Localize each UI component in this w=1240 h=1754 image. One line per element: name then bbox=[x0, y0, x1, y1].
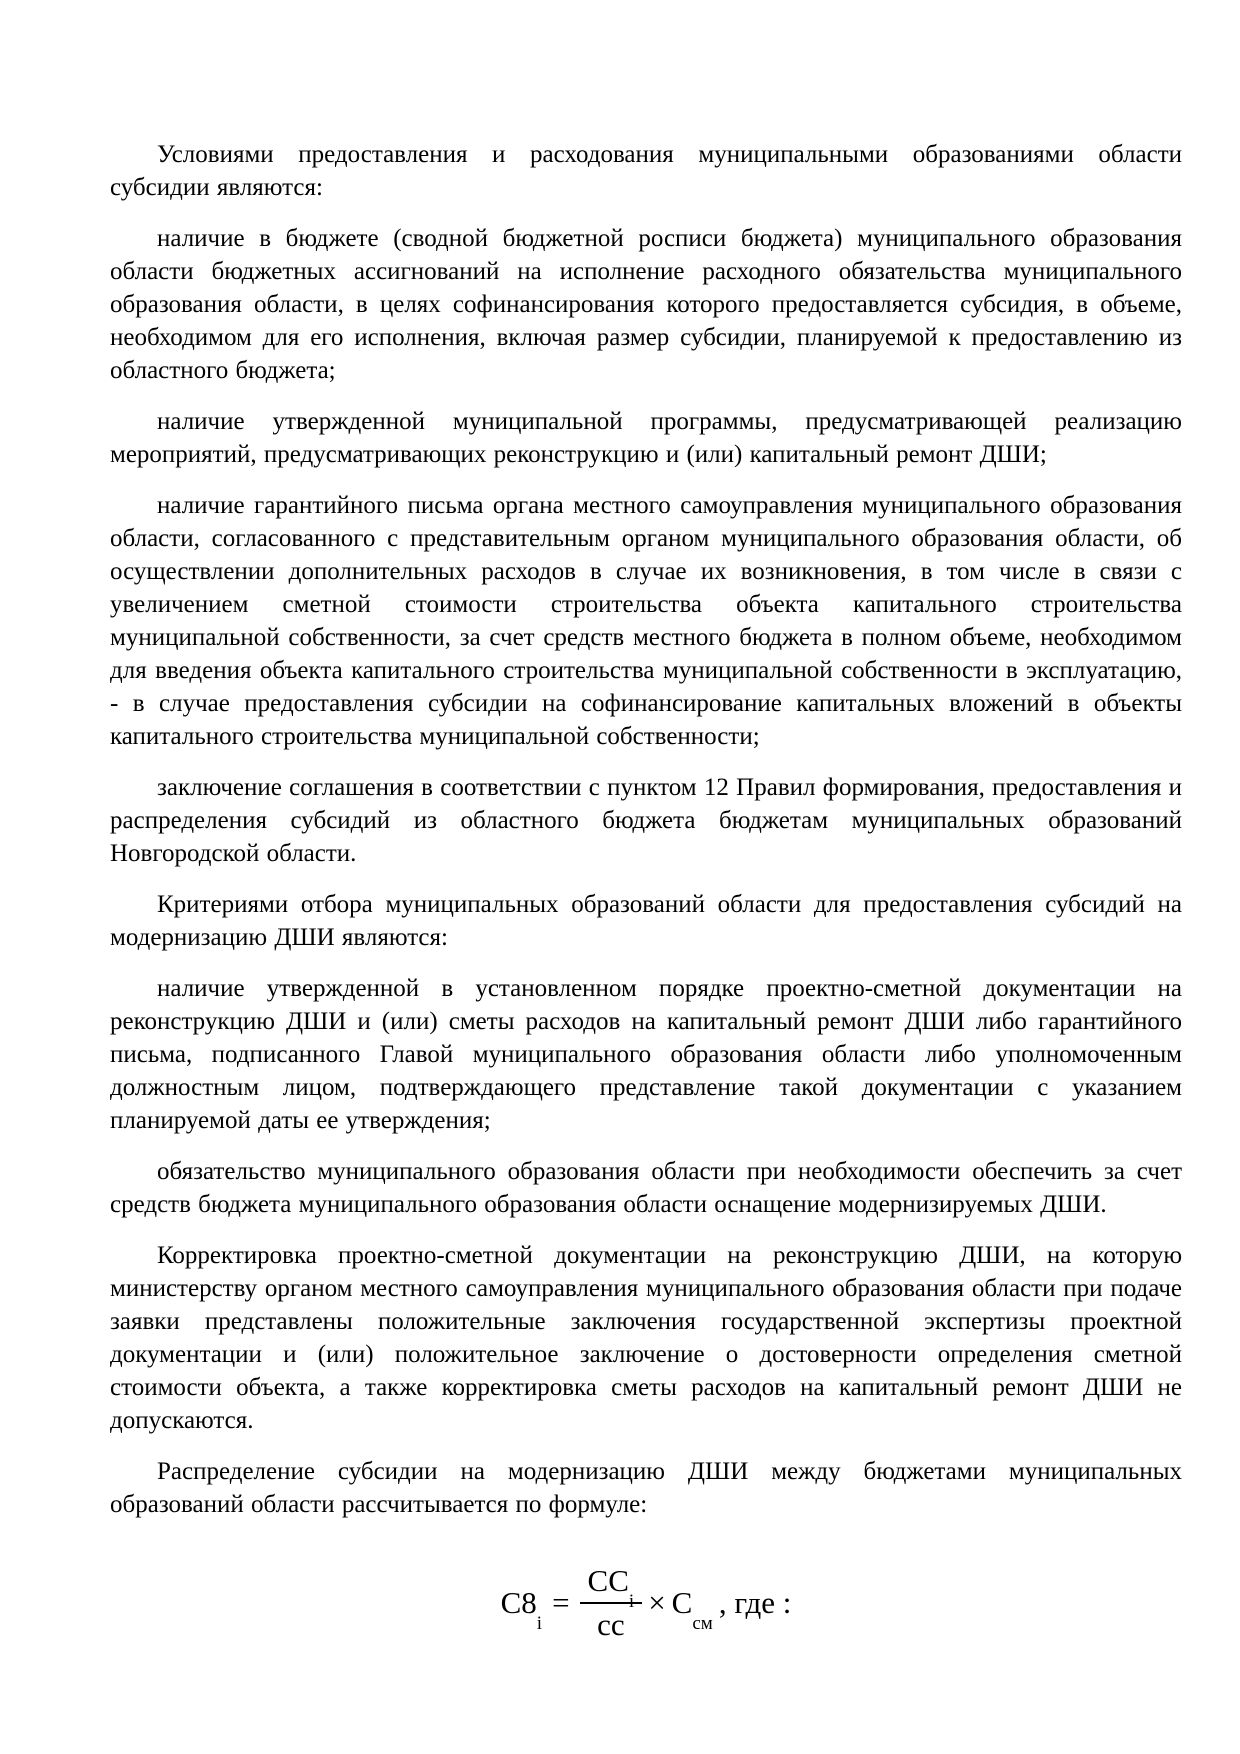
paragraph-selection-criteria-intro: Критериями отбора муниципальных образова… bbox=[110, 888, 1182, 954]
formula-lhs-subscript: i bbox=[537, 1613, 542, 1634]
formula-fraction: ССi сс bbox=[580, 1565, 643, 1640]
formula-rhs: Ссм bbox=[672, 1587, 713, 1618]
formula-expression: С8i = ССi сс × Ссм , где : bbox=[501, 1565, 792, 1640]
document-page: Условиями предоставления и расходования … bbox=[0, 0, 1240, 1754]
paragraph-condition-municipal-program: наличие утвержденной муниципальной прогр… bbox=[110, 405, 1182, 471]
paragraph-subsidy-conditions-intro: Условиями предоставления и расходования … bbox=[110, 138, 1182, 204]
paragraph-distribution-formula-intro: Распределение субсидии на модернизацию Д… bbox=[110, 1455, 1182, 1521]
paragraph-criterion-design-documentation: наличие утвержденной в установленном пор… bbox=[110, 972, 1182, 1137]
formula-numerator-base: СС bbox=[588, 1563, 629, 1598]
formula-suffix: , где : bbox=[713, 1587, 792, 1618]
formula-lhs-base: С8 bbox=[501, 1585, 537, 1620]
paragraph-criterion-equipment-obligation: обязательство муниципального образования… bbox=[110, 1155, 1182, 1221]
formula-multiply-sign: × bbox=[642, 1587, 671, 1618]
paragraph-correction-prohibition: Корректировка проектно-сметной документа… bbox=[110, 1239, 1182, 1437]
subsidy-distribution-formula: С8i = ССi сс × Ссм , где : bbox=[110, 1565, 1182, 1640]
formula-equals-sign: = bbox=[542, 1587, 579, 1618]
paragraph-condition-budget-allocations: наличие в бюджете (сводной бюджетной рос… bbox=[110, 222, 1182, 387]
paragraph-condition-agreement: заключение соглашения в соответствии с п… bbox=[110, 771, 1182, 870]
formula-rhs-subscript: см bbox=[692, 1613, 712, 1634]
formula-lhs: С8i bbox=[501, 1587, 542, 1618]
formula-numerator: ССi bbox=[580, 1565, 643, 1604]
formula-rhs-base: С bbox=[672, 1585, 693, 1620]
formula-numerator-subscript: i bbox=[629, 1591, 634, 1612]
formula-denominator: сс bbox=[597, 1604, 625, 1640]
paragraph-condition-guarantee-letter: наличие гарантийного письма органа местн… bbox=[110, 489, 1182, 753]
